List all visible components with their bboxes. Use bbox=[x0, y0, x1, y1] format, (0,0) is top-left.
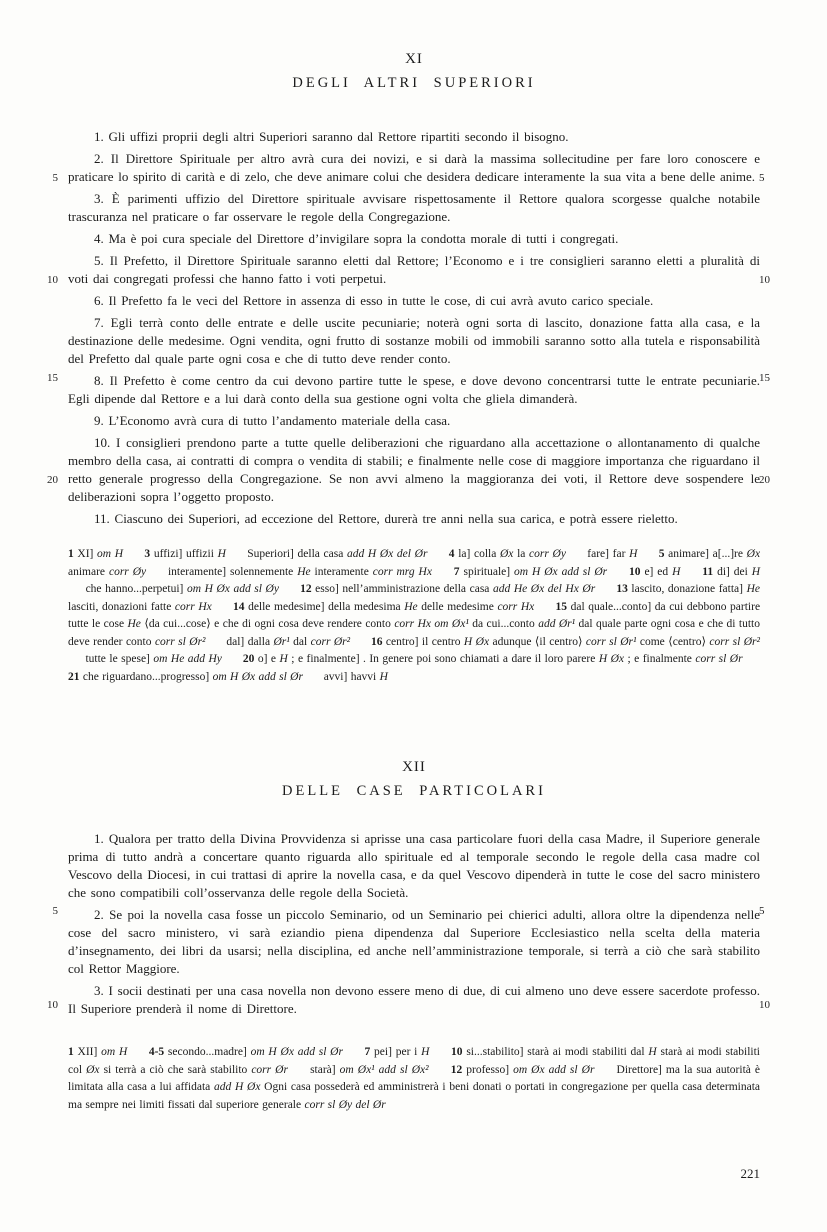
chapter-number: XII bbox=[68, 758, 760, 776]
line-number: 15 bbox=[36, 371, 58, 385]
text-block: XI DEGLI ALTRI SUPERIORI 1. Gli uffizi p… bbox=[68, 50, 760, 1114]
line-number: 10 bbox=[36, 998, 58, 1012]
paragraph: 1. Gli uffizi proprii degli altri Superi… bbox=[68, 128, 760, 146]
line-number: 10 bbox=[759, 273, 785, 287]
line-number: 5 bbox=[36, 904, 58, 918]
line-number: 10 bbox=[759, 998, 785, 1012]
chapter-number: XI bbox=[68, 50, 760, 68]
paragraph: 6. Il Prefetto fa le veci del Rettore in… bbox=[68, 292, 760, 310]
paragraph: 9. L’Economo avrà cura di tutto l’andame… bbox=[68, 412, 760, 430]
line-number: 20 bbox=[759, 473, 785, 487]
chapter-title: DELLE CASE PARTICOLARI bbox=[68, 783, 760, 800]
critical-apparatus: 1 XII] om H 4-5 secondo...madre] om H Øx… bbox=[68, 1044, 760, 1114]
paragraph: 2. Il Direttore Spirituale per altro avr… bbox=[68, 150, 760, 186]
line-number: 20 bbox=[36, 473, 58, 487]
paragraph: 1. Qualora per tratto della Divina Provv… bbox=[68, 830, 760, 902]
chapter-body: 1. Gli uffizi proprii degli altri Superi… bbox=[68, 128, 760, 528]
chapter-title: DEGLI ALTRI SUPERIORI bbox=[68, 75, 760, 92]
paragraph: 10. I consiglieri prendono parte a tutte… bbox=[68, 434, 760, 506]
paragraph: 5. Il Prefetto, il Direttore Spirituale … bbox=[68, 252, 760, 288]
chapter-xii: XII DELLE CASE PARTICOLARI 1. Qualora pe… bbox=[68, 758, 760, 1114]
line-number: 5 bbox=[36, 171, 58, 185]
line-number: 5 bbox=[759, 904, 785, 918]
line-number: 5 bbox=[759, 171, 785, 185]
line-number: 15 bbox=[759, 371, 785, 385]
paragraph: 3. È parimenti uffizio del Direttore spi… bbox=[68, 190, 760, 226]
line-number: 10 bbox=[36, 273, 58, 287]
chapter-xi: XI DEGLI ALTRI SUPERIORI 1. Gli uffizi p… bbox=[68, 50, 760, 686]
paragraph: 11. Ciascuno dei Superiori, ad eccezione… bbox=[68, 510, 760, 528]
chapter-body: 1. Qualora per tratto della Divina Provv… bbox=[68, 830, 760, 1018]
paragraph: 3. I socii destinati per una casa novell… bbox=[68, 982, 760, 1018]
critical-apparatus: 1 XI] om H 3 uffizi] uffizii H Superiori… bbox=[68, 546, 760, 686]
paragraph: 8. Il Prefetto è come centro da cui devo… bbox=[68, 372, 760, 408]
book-page: XI DEGLI ALTRI SUPERIORI 1. Gli uffizi p… bbox=[0, 0, 827, 1232]
paragraph: 4. Ma è poi cura speciale del Direttore … bbox=[68, 230, 760, 248]
paragraph: 7. Egli terrà conto delle entrate e dell… bbox=[68, 314, 760, 368]
paragraph: 2. Se poi la novella casa fosse un picco… bbox=[68, 906, 760, 978]
page-number: 221 bbox=[68, 1166, 760, 1182]
